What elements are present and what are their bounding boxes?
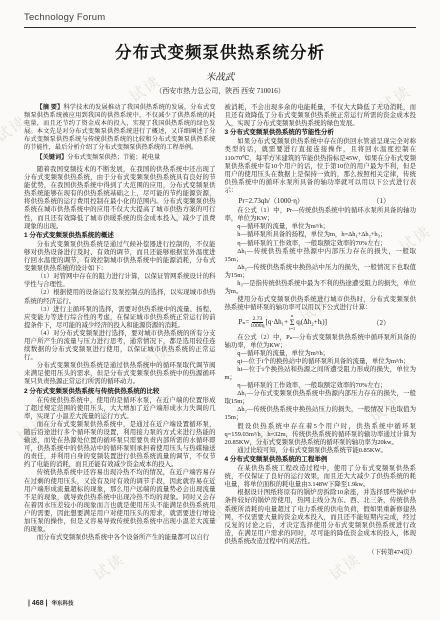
section-4-heading: 4 分布式变频泵供热系统的工程举例: [225, 456, 417, 464]
formula-1-note: Δh₁—传统供热系统中热源中内部压力存在的损失，一般取15m；: [225, 248, 417, 264]
formula-2-pre: [q·Δh₁+: [266, 319, 289, 327]
design-item-3: （3）进行主循环泵的选择，需要对供热系统中的流量、扬程、应变能力等进行综合性的考…: [24, 306, 216, 330]
section-2-heading: 2 分布式变频泵供热系统与传统供热系统的比较: [24, 388, 216, 396]
continued-on-page-note: （下转第474页）: [225, 549, 417, 557]
section-4-paragraph-1: 在某供热系统工程改造过程中，使用了分布式变频泵供热系统，不仅保证了良好的运行效果…: [225, 465, 417, 489]
section-2-paragraph-1: 在传统供热系统中，使用的是循环水泵，在近户端的位置形成了超过规定范围的使用压头，…: [24, 397, 216, 421]
title-block: 分布式变频泵供热系统分析 米战武 （西安市热力总公司，陕西 西安 710016）: [0, 39, 440, 96]
design-item-2: （2）根据使用的设备运行及泵控制点的选择，以实现城市供热系统的经济运行。: [24, 289, 216, 305]
paper-title: 分布式变频泵供热系统分析: [0, 39, 440, 63]
formula-1: Pr=2.73qh/（1000·η） （1）: [239, 197, 417, 205]
journal-section-label: Technology Forum: [24, 12, 416, 23]
section-3-paragraph-4: 通过比较可知，分布式变频泵供热系统节能0.85KW。: [225, 447, 417, 455]
section-1-paragraph-2: 分布式变频泵供热系统是通过供热系统中的循环泵取代调节阀来满足使用压头的需求，但是…: [24, 362, 216, 386]
formula-2-number: （2）: [373, 319, 391, 327]
keywords-paragraph: 【关键词】分布式变频泵供热；节能；耗电量: [24, 154, 216, 162]
summation-lower: i=1: [289, 327, 295, 332]
page-header: Technology Forum: [0, 0, 440, 28]
formula-2-note: q—循环泵的流量，单位为m³/h；: [225, 350, 417, 358]
formula-2-note: η—循环泵的工作效率，一般取额定效率的70%左右；: [225, 382, 417, 390]
formula-2-note: hi—位于i个换热站和热源之间所遭受阻力形成的损失，单位为m；: [225, 366, 417, 382]
keywords-label: 【关键词】: [36, 154, 67, 161]
page-number: | 468 |: [28, 600, 48, 607]
design-item-1: （1）对管网中存在的阻力进行计算，以保证管网系统设计的科学性与合理性。: [24, 273, 216, 289]
formula-2: Pₙ=2.731000η[q·Δh₁+nΣi=1qᵢ(Δh₂+hᵢ)] （2）: [239, 314, 417, 331]
fraction-denominator: 1000η: [250, 323, 264, 329]
formula-2-expression: Pₙ=2.731000η[q·Δh₁+nΣi=1qᵢ(Δh₂+hᵢ)]: [239, 314, 327, 331]
body-columns: 【摘 要】科学技术的发展推动了我国供热系统的发展，分布式变频泵供热系统被应用到我…: [0, 96, 440, 557]
formula-2-post: qᵢ(Δh₂+hᵢ)]: [296, 319, 327, 327]
section-2-paragraph-4: 而分布式变频泵供热系统中各个设备所产生的能量都可以自行: [24, 534, 216, 542]
design-item-4: （4）对分布式变频泵进行选择，要对城市供热系统的所有分支用户所产生的流量与压力进…: [24, 330, 216, 362]
formula-2-note: Δh₂—传统供热系统中换热站压力的损失，一般情况下也取值为15m；: [225, 406, 417, 422]
author-name: 米战武: [0, 69, 440, 83]
section-3-paragraph-1: 如果分布式变频泵供热系统中存在的供回水管道呈现完全对称类型的话，就需要进行直接连…: [225, 138, 417, 195]
formula-2-note: Δh₁—分布式变频泵供热系统中热源内部压力存在的损失，一般取15m；: [225, 390, 417, 406]
journal-name: 华东科技: [51, 601, 73, 607]
formula-1-note: h₃—是指传统供热系统中最为不利的热途遭受阻力的损失，单位为m。: [225, 280, 417, 296]
formula-1-note: 在公式（1）中，Pr—传统供热系统中的循环水泵所具备的轴功率，单位为KW；: [225, 207, 417, 223]
section-2-paragraph-2: 而在分布式变频泵供热系统中，是通过在近户端设置循环泵，随后沿途进行多个循环泵的设…: [24, 421, 216, 470]
formula-2-note: 在公式（2）中，Pₙ—分布式变频泵供热系统中循环泵所具备的轴功率，单位为KW；: [225, 334, 417, 350]
formula-1-note: η—循环泵的工作效率，一般取额定效率的70%左右；: [225, 240, 417, 248]
fraction-numerator: 2.73: [252, 316, 264, 323]
summation: nΣi=1: [289, 314, 295, 331]
continuation-paragraph: 被消耗，不会出现多余的电能耗量，不仅大大降低了无功消耗，而且还有效降低了分布式变…: [225, 104, 417, 128]
left-column: 【摘 要】科学技术的发展推动了我国供热系统的发展，分布式变频泵供热系统被应用到我…: [24, 104, 216, 557]
formula-2-lhs: Pₙ=: [239, 319, 250, 327]
formula-1-expression: Pr=2.73qh/（1000·η）: [239, 197, 304, 205]
intro-paragraph: 随着我国变频技术的不断发展，在我国的供热系统中还出现了分布式变频泵供热系统，由于…: [24, 166, 216, 231]
formula-1-note: h—循环泵所具备的扬程，单位为m，h=Δh₁+Δh₂+h₃；: [225, 231, 417, 239]
formula-2-note: qi—位于i个的换热站中的循环泵所具备的流量，单位为m³/h；: [225, 358, 417, 366]
section-1-heading: 1 分布式变频泵供热系统的概述: [24, 232, 216, 240]
section-2-paragraph-3: 传统供热系统中还容易出现冷热不均的情况，在近户端容易存在过剩的使用压头，又没有及…: [24, 469, 216, 534]
abstract-label: 【摘 要】: [36, 104, 63, 111]
section-4-paragraph-2: 根据设计图纸将原有的锅炉房拆除10余座，并选择那些锅炉中条件较好的锅炉房使用，热…: [225, 489, 417, 546]
section-3-heading: 3 分布式变频泵供热系统的节能性分析: [225, 129, 417, 137]
page-footer: | 468 | 华东科技: [28, 599, 73, 607]
section-1-paragraph: 分布式变频泵供热系统是通过气候补偿器进行控制的，不仅能够对供热设备进行及时、有效…: [24, 241, 216, 273]
formula-1-number: （1）: [373, 197, 391, 205]
keywords-text: 分布式变频泵供热；节能；耗电量: [67, 154, 160, 161]
paper-page: 试读 试读 试读 试读 试读 试读 试读 试读 试读 试读 试读 试读 试读 试…: [0, 0, 440, 620]
section-3-paragraph-3: 假设供热系统中存在着5个用户时，供热系统中循环泵q=159.03m³/h，h=3…: [225, 423, 417, 447]
fraction: 2.731000η: [250, 316, 264, 329]
abstract-text: 科学技术的发展推动了我国供热系统的发展，分布式变频泵供热系统被应用到我国的供热系…: [24, 104, 216, 151]
abstract-paragraph: 【摘 要】科学技术的发展推动了我国供热系统的发展，分布式变频泵供热系统被应用到我…: [24, 104, 216, 152]
author-affiliation: （西安市热力总公司，陕西 西安 710016）: [0, 86, 440, 96]
section-3-paragraph-2: 使用分布式变频泵供热系统进行城市供热时，分布式变频泵供热系统中循环泵的轴功率可以…: [225, 296, 417, 312]
right-column: 被消耗，不会出现多余的电能耗量，不仅大大降低了无功消耗，而且还有效降低了分布式变…: [225, 104, 417, 557]
header-divider: [24, 27, 416, 28]
formula-1-note: Δh₂—传统供热系统中换热站中压力的损失，一般情况下也取值为15m；: [225, 264, 417, 280]
